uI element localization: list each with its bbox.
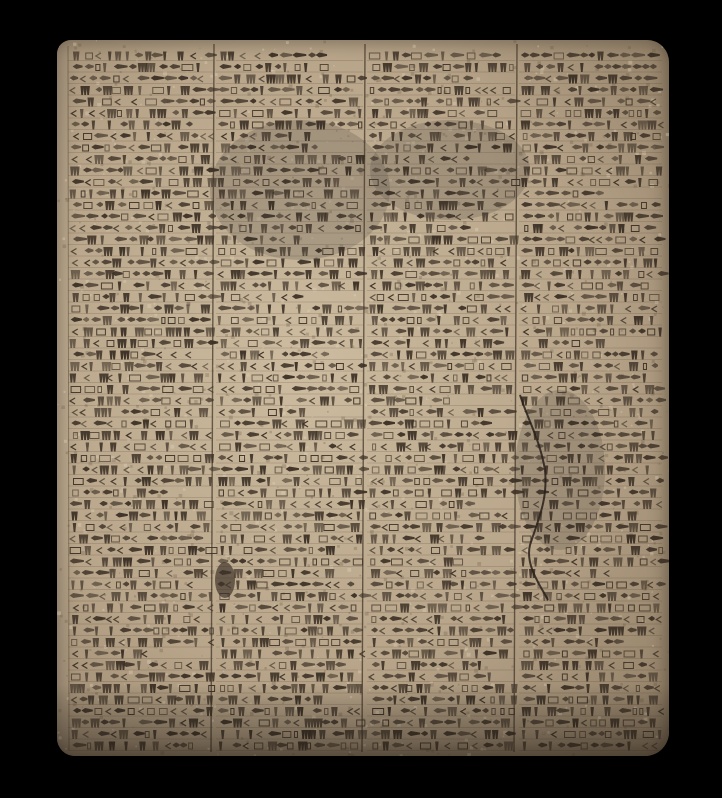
photo-background: [0, 0, 722, 798]
cuneiform-tablet: [57, 40, 669, 756]
tablet-inscription: [57, 40, 669, 756]
